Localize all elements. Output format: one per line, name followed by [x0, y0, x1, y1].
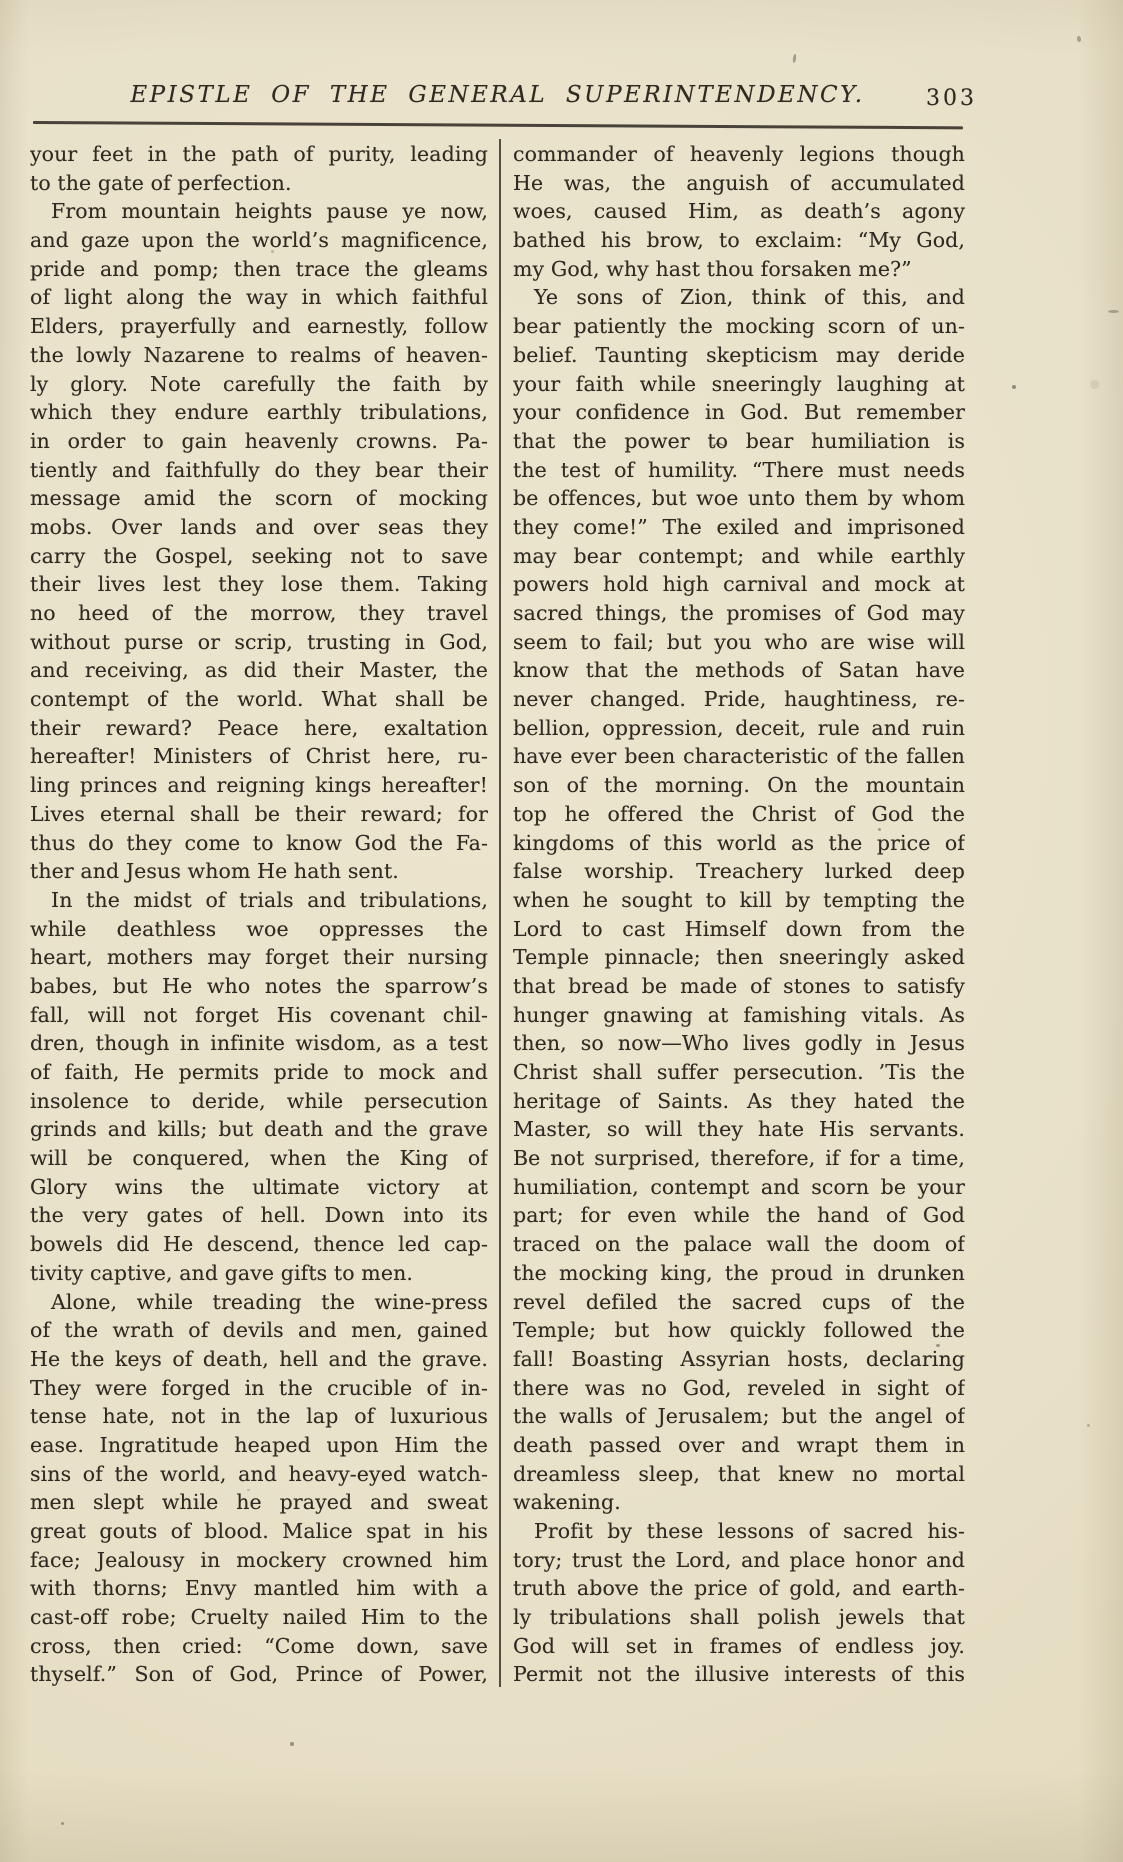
text-line: may bear contempt; and while earthly [513, 542, 965, 571]
text-line: pride and pomp; then trace the gleams [30, 255, 488, 284]
text-line: heritage of Saints. As they hated the [513, 1087, 965, 1116]
text-line: tiently and faithfully do they bear thei… [30, 456, 488, 485]
scan-speck [1087, 1424, 1090, 1427]
text-line: bellion, oppression, deceit, rule and ru… [513, 714, 965, 743]
text-line: dreamless sleep, that knew no mortal [513, 1460, 965, 1489]
scan-speck [1090, 380, 1099, 389]
text-line: Permit not the illusive interests of thi… [513, 1660, 965, 1689]
text-line: that bread be made of stones to satisfy [513, 972, 965, 1001]
running-title: EPISTLE OF THE GENERAL SUPERINTENDENCY. [30, 82, 965, 108]
text-line: of faith, He permits pride to mock and [30, 1058, 488, 1087]
text-line: bowels did He descend, thence led cap- [30, 1230, 488, 1259]
text-line: He the keys of death, hell and the grave… [30, 1345, 488, 1374]
text-line: cross, then cried: “Come down, save [30, 1632, 488, 1661]
text-line: to the gate of perfection. [30, 169, 488, 198]
text-line: while deathless woe oppresses the [30, 915, 488, 944]
text-line: ease. Ingratitude heaped upon Him the [30, 1431, 488, 1460]
text-line: Lives eternal shall be their reward; for [30, 800, 488, 829]
text-line: fall! Boasting Assyrian hosts, declaring [513, 1345, 965, 1374]
text-line: babes, but He who notes the sparrow’s [30, 972, 488, 1001]
text-line: belief. Taunting skepticism may deride [513, 341, 965, 370]
text-line: when he sought to kill by tempting the [513, 886, 965, 915]
text-line: the walls of Jerusalem; but the angel of [513, 1402, 965, 1431]
text-line: fall, will not forget His covenant chil- [30, 1001, 488, 1030]
text-line: Ye sons of Zion, think of this, and [513, 283, 965, 312]
text-line: woes, caused Him, as death’s agony [513, 197, 965, 226]
text-line: and gaze upon the world’s magnificence, [30, 226, 488, 255]
text-line: sins of the world, and heavy-eyed watch- [30, 1460, 488, 1489]
text-line: hunger gnawing at famishing vitals. As [513, 1001, 965, 1030]
scan-speck [1108, 310, 1119, 313]
text-line: traced on the palace wall the doom of [513, 1230, 965, 1259]
text-line: your feet in the path of purity, leading [30, 140, 488, 169]
text-line: In the midst of trials and tribulations, [30, 886, 488, 915]
text-line: son of the morning. On the mountain [513, 771, 965, 800]
text-line: He was, the anguish of accumulated [513, 169, 965, 198]
text-line: with thorns; Envy mantled him with a [30, 1574, 488, 1603]
text-line: From mountain heights pause ye now, [30, 197, 488, 226]
text-line: their lives lest they lose them. Taking [30, 570, 488, 599]
scan-speck [290, 1742, 294, 1746]
column-divider [499, 139, 501, 1687]
text-line: be offences, but woe unto them by whom [513, 484, 965, 513]
text-line: Master, so will they hate His servants. [513, 1115, 965, 1144]
text-line: They were forged in the crucible of in- [30, 1374, 488, 1403]
text-line: thus do they come to know God the Fa- [30, 829, 488, 858]
text-line: the lowly Nazarene to realms of heaven- [30, 341, 488, 370]
text-line: which they endure earthly tribulations, [30, 398, 488, 427]
text-line: powers hold high carnival and mock at [513, 570, 965, 599]
scan-speck [792, 54, 796, 63]
text-line: commander of heavenly legions though [513, 140, 965, 169]
text-line: humiliation, contempt and scorn be your [513, 1173, 965, 1202]
text-line: seem to fail; but you who are wise will [513, 628, 965, 657]
text-line: great gouts of blood. Malice spat in his [30, 1517, 488, 1546]
text-line: no heed of the morrow, they travel [30, 599, 488, 628]
text-line: bear patiently the mocking scorn of un- [513, 312, 965, 341]
text-line: kingdoms of this world as the price of [513, 829, 965, 858]
text-line: tivity captive, and gave gifts to men. [30, 1259, 488, 1288]
text-line: know that the methods of Satan have [513, 656, 965, 685]
text-line: their reward? Peace here, exaltation [30, 714, 488, 743]
text-line: wakening. [513, 1488, 965, 1517]
text-line: death passed over and wrapt them in [513, 1431, 965, 1460]
text-line: never changed. Pride, haughtiness, re- [513, 685, 965, 714]
text-line: Glory wins the ultimate victory at [30, 1173, 488, 1202]
text-line: grinds and kills; but death and the grav… [30, 1115, 488, 1144]
text-line: false worship. Treachery lurked deep [513, 857, 965, 886]
text-line: will be conquered, when the King of [30, 1144, 488, 1173]
text-line: contempt of the world. What shall be [30, 685, 488, 714]
text-line: in order to gain heavenly crowns. Pa- [30, 427, 488, 456]
text-line: the mocking king, the proud in drunken [513, 1259, 965, 1288]
right-column: commander of heavenly legions thoughHe w… [513, 140, 965, 1689]
scan-speck [61, 1822, 64, 1825]
text-line: Temple pinnacle; then sneeringly asked [513, 943, 965, 972]
text-line: ly tribulations shall polish jewels that [513, 1603, 965, 1632]
text-line: men slept while he prayed and sweat [30, 1488, 488, 1517]
text-line: Elders, prayerfully and earnestly, follo… [30, 312, 488, 341]
text-line: Christ shall suffer persecution. ’Tis th… [513, 1058, 965, 1087]
text-line: God will set in frames of endless joy. [513, 1632, 965, 1661]
text-line: of the wrath of devils and men, gained [30, 1316, 488, 1345]
text-line: bathed his brow, to exclaim: “My God, [513, 226, 965, 255]
text-line: insolence to deride, while persecution [30, 1087, 488, 1116]
text-line: thyself.” Son of God, Prince of Power, [30, 1660, 488, 1689]
text-line: message amid the scorn of mocking [30, 484, 488, 513]
text-line: part; for even while the hand of God [513, 1201, 965, 1230]
text-line: without purse or scrip, trusting in God, [30, 628, 488, 657]
scanned-book-page: EPISTLE OF THE GENERAL SUPERINTENDENCY. … [0, 0, 1123, 1862]
text-line: revel defiled the sacred cups of the [513, 1288, 965, 1317]
text-line: mobs. Over lands and over seas they [30, 513, 488, 542]
text-line: of light along the way in which faithful [30, 283, 488, 312]
text-line: my God, why hast thou forsaken me?” [513, 255, 965, 284]
text-line: Be not surprised, therefore, if for a ti… [513, 1144, 965, 1173]
text-line: ther and Jesus whom He hath sent. [30, 857, 488, 886]
header-rule [33, 121, 963, 129]
text-line: then, so now—Who lives godly in Jesus [513, 1029, 965, 1058]
text-line: your confidence in God. But remember [513, 398, 965, 427]
scan-speck [1012, 385, 1016, 389]
page-number: 303 [926, 86, 977, 111]
text-line: hereafter! Ministers of Christ here, ru- [30, 742, 488, 771]
text-line: the test of humility. “There must needs [513, 456, 965, 485]
caret-mark: ^ [709, 441, 728, 456]
text-line: and receiving, as did their Master, the [30, 656, 488, 685]
text-line: tory; trust the Lord, and place honor an… [513, 1546, 965, 1575]
text-line: heart, mothers may forget their nursing [30, 943, 488, 972]
text-line: the very gates of hell. Down into its [30, 1201, 488, 1230]
text-line: cast-off robe; Cruelty nailed Him to the [30, 1603, 488, 1632]
text-line: face; Jealousy in mockery crowned him [30, 1546, 488, 1575]
left-column: your feet in the path of purity, leading… [30, 140, 488, 1689]
text-line: dren, though in infinite wisdom, as a te… [30, 1029, 488, 1058]
text-line: your faith while sneeringly laughing at [513, 370, 965, 399]
text-line: there was no God, reveled in sight of [513, 1374, 965, 1403]
text-line: Lord to cast Himself down from the [513, 915, 965, 944]
text-line: Temple; but how quickly followed the [513, 1316, 965, 1345]
text-line: top he offered the Christ of God the [513, 800, 965, 829]
text-line: truth above the price of gold, and earth… [513, 1574, 965, 1603]
text-line: Profit by these lessons of sacred his- [513, 1517, 965, 1546]
scan-speck [1077, 36, 1082, 43]
text-line: have ever been characteristic of the fal… [513, 742, 965, 771]
text-line: sacred things, the promises of God may [513, 599, 965, 628]
text-line: carry the Gospel, seeking not to save [30, 542, 488, 571]
text-line: ling princes and reigning kings hereafte… [30, 771, 488, 800]
text-line: ly glory. Note carefully the faith by [30, 370, 488, 399]
text-line: Alone, while treading the wine-press [30, 1288, 488, 1317]
text-line: that the power to bear humiliation is [513, 427, 965, 456]
text-line: they come!” The exiled and imprisoned [513, 513, 965, 542]
text-line: tense hate, not in the lap of luxurious [30, 1402, 488, 1431]
